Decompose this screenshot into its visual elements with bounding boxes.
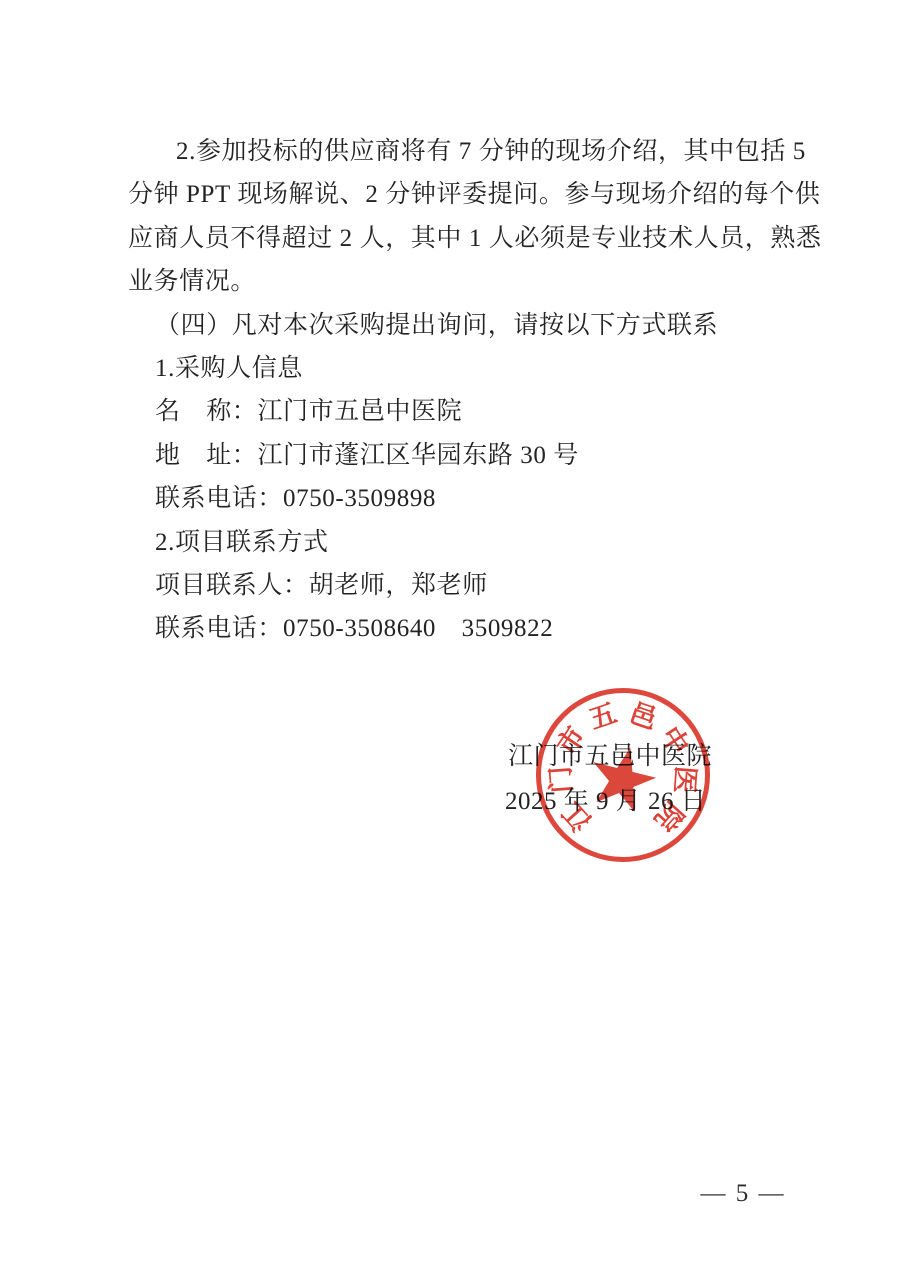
purchaser-address: 地 址：江门市蓬江区华园东路 30 号 [128, 434, 800, 477]
project-heading: 2.项目联系方式 [128, 521, 800, 564]
section-heading: （四）凡对本次采购提出询问，请按以下方式联系 [128, 304, 800, 347]
seal-ring-char: 江 [556, 795, 598, 837]
paragraph-line: 2.参加投标的供应商将有 7 分钟的现场介绍，其中包括 5 [128, 130, 800, 173]
seal-ring-char: 邑 [624, 697, 662, 735]
seal-ring-char: 院 [648, 795, 690, 837]
seal-ring-char: 市 [550, 720, 592, 762]
seal-ring-char: 五 [584, 697, 622, 735]
paragraph-line: 业务情况。 [128, 260, 800, 303]
seal-ring-char: 门 [545, 764, 577, 796]
project-contact: 项目联系人：胡老师，郑老师 [128, 564, 800, 607]
paragraph-line: 分钟 PPT 现场解说、2 分钟评委提问。参与现场介绍的每个供 [128, 173, 800, 216]
page-number: — 5 — [668, 1180, 818, 1208]
purchaser-phone: 联系电话：0750-3509898 [128, 477, 800, 520]
project-phone: 联系电话：0750-3508640 3509822 [128, 607, 800, 650]
seal-ring-text: 江门市五邑中医院 [541, 693, 705, 857]
purchaser-heading: 1.采购人信息 [128, 347, 800, 390]
seal-ring-char: 医 [669, 764, 701, 796]
seal-ring-char: 中 [654, 720, 696, 762]
document-page: 2.参加投标的供应商将有 7 分钟的现场介绍，其中包括 5 分钟 PPT 现场解… [0, 0, 900, 1268]
paragraph-line: 应商人员不得超过 2 人，其中 1 人必须是专业技术人员，熟悉 [128, 217, 800, 260]
document-body: 2.参加投标的供应商将有 7 分钟的现场介绍，其中包括 5 分钟 PPT 现场解… [128, 130, 800, 651]
official-seal: 江门市五邑中医院 [536, 688, 710, 862]
purchaser-name: 名 称：江门市五邑中医院 [128, 390, 800, 433]
